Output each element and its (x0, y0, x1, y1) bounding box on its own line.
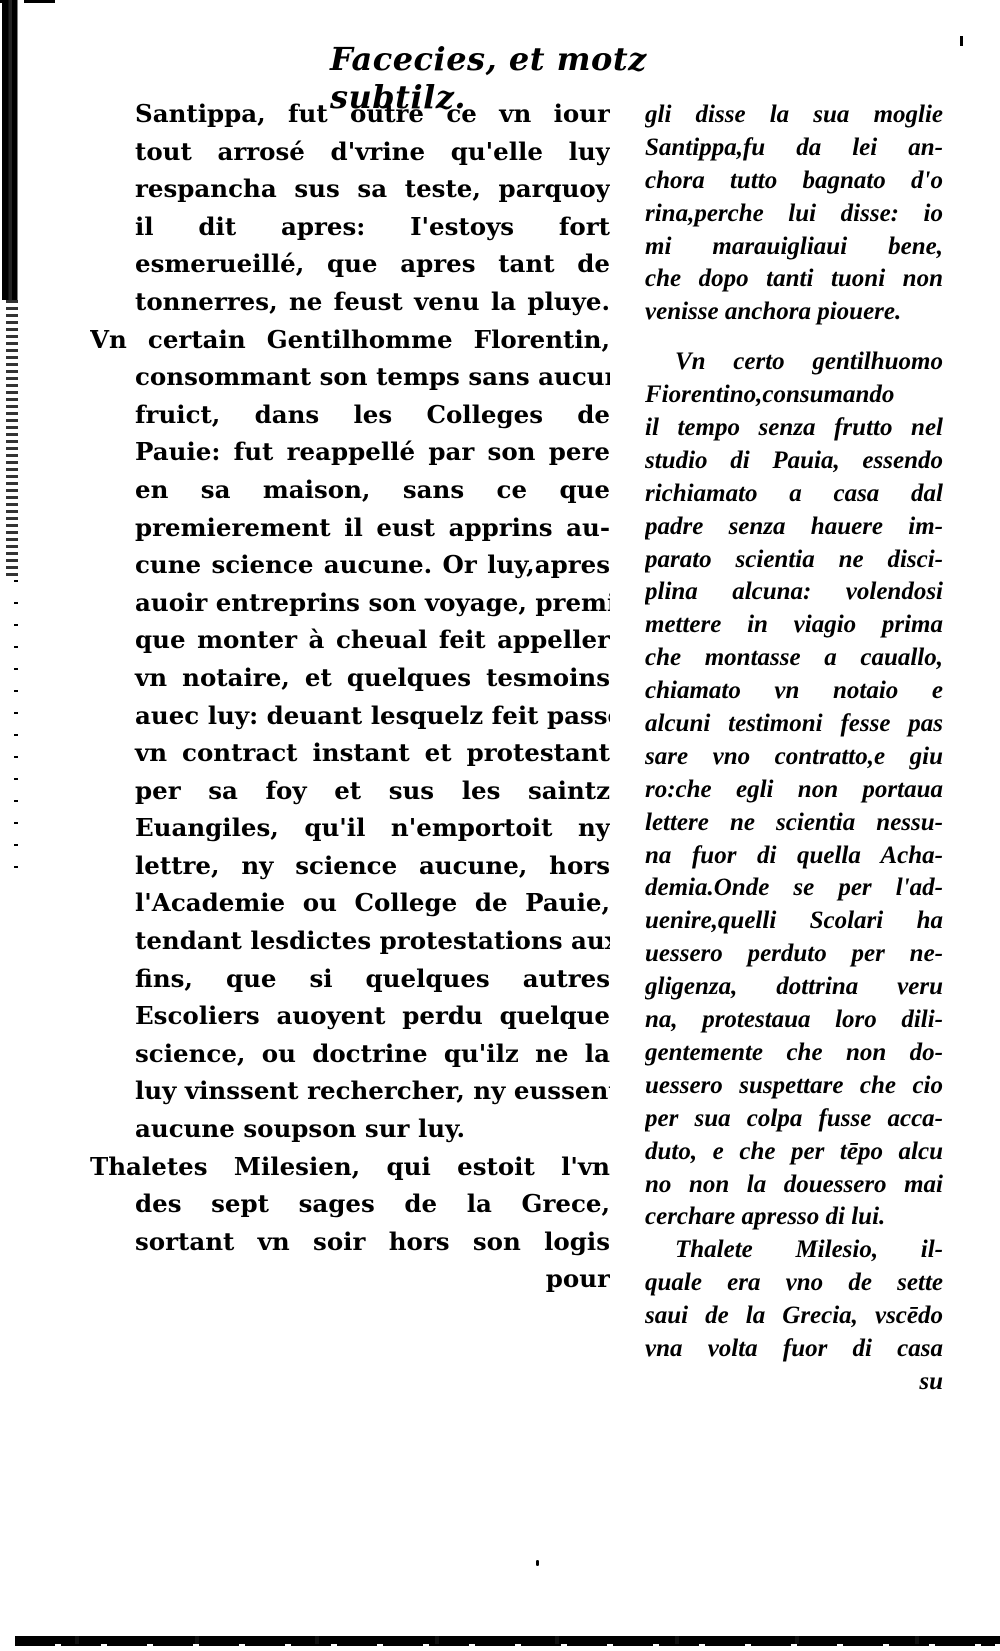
text-line: lettere ne scientia nessu- (645, 807, 943, 840)
italian-column: gli disse la sua moglie Santippa,fu da l… (645, 99, 943, 1399)
text-line: rina,perche lui disse: io (645, 198, 943, 231)
bottom-edge-rule-thin (15, 1644, 995, 1646)
catchword: pour (90, 1260, 610, 1298)
text-line: studio di Pauia, essendo (645, 445, 943, 478)
paragraph-start-line: Thaletes Milesien, qui estoit l'vn (90, 1148, 610, 1186)
text-line: per sua colpa fusse acca- (645, 1103, 943, 1136)
text-line: Santippa, fut outre ce vn iour (90, 95, 610, 133)
paragraph-end-line: cerchare apresso di lui. (645, 1201, 943, 1234)
text-line: chiamato vn notaio e (645, 675, 943, 708)
text-line: esmerueillé, que apres tant de (90, 245, 610, 283)
text-line: gentemente che non do- (645, 1037, 943, 1070)
text-line: tonnerres, ne feust venu la pluye. (90, 283, 610, 321)
text-line: chora tutto bagnato d'o (645, 165, 943, 198)
text-line: respancha sus sa teste, parquoy (90, 170, 610, 208)
text-line: demia.Onde se per l'ad- (645, 872, 943, 905)
text-line: Santippa,fu da lei an- (645, 132, 943, 165)
text-line: Pauie: fut reappellé par son pere (90, 433, 610, 471)
text-line: il tempo senza frutto nel (645, 412, 943, 445)
paragraph-start-line: Vn certain Gentilhomme Florentin, (90, 321, 610, 359)
catchword: su (645, 1366, 943, 1399)
text-line: no non la douessero mai (645, 1169, 943, 1202)
bottom-edge-rule (15, 1636, 1000, 1644)
text-line: premierement il eust apprins au- (90, 509, 610, 547)
text-line: l'Academie ou College de Pauie, (90, 884, 610, 922)
text-line: science, ou doctrine qu'ilz ne la (90, 1035, 610, 1073)
text-line: gli disse la sua moglie (645, 99, 943, 132)
text-line: lettre, ny science aucune, hors (90, 847, 610, 885)
text-line: alcuni testimoni fesse pas (645, 708, 943, 741)
paragraph-end-line: venisse anchora piouere. (645, 296, 943, 329)
text-line: il dit apres: I'estoys fort (90, 208, 610, 246)
ink-speck (536, 1560, 539, 1566)
text-line: auec luy: deuant lesquelz feit passer (90, 697, 610, 735)
text-line: richiamato a casa dal (645, 478, 943, 511)
paragraph-end-line: aucune soupson sur luy. (90, 1110, 610, 1148)
text-line: che montasse a cauallo, (645, 642, 943, 675)
text-line: fins, que si quelques autres (90, 960, 610, 998)
text-line: auoir entreprins son voyage, premier (90, 584, 610, 622)
text-line: Fiorentino,consumando (645, 379, 943, 412)
text-line: mi marauigliaui bene, (645, 231, 943, 264)
text-line: fruict, dans les Colleges de (90, 396, 610, 434)
text-line: per sa foy et sus les saintz (90, 772, 610, 810)
french-column: Santippa, fut outre ce vn iour tout arro… (90, 95, 610, 1298)
text-line: sortant vn soir hors son logis (90, 1223, 610, 1261)
text-line: na fuor di quella Acha- (645, 840, 943, 873)
text-line: plina alcuna: volendosi (645, 576, 943, 609)
text-line: en sa maison, sans ce que (90, 471, 610, 509)
text-line: mettere in viagio prima (645, 609, 943, 642)
text-line: padre senza hauere im- (645, 511, 943, 544)
corner-mark (960, 36, 963, 46)
text-line: na, protestaua loro dili- (645, 1004, 943, 1037)
text-line: saui de la Grecia, vscēdo (645, 1300, 943, 1333)
text-line: tendant lesdictes protestations aux (90, 922, 610, 960)
text-line: quale era vno de sette (645, 1267, 943, 1300)
scanned-book-page: Facecies, et motz subtilz. Santippa, fut… (0, 0, 1000, 1651)
text-line: vn notaire, et quelques tesmoins (90, 659, 610, 697)
paragraph-start-line: Thalete Milesio, il- (645, 1234, 943, 1267)
text-line: duto, e che per tēpo alcu (645, 1136, 943, 1169)
text-line: ro:che egli non portaua (645, 774, 943, 807)
text-line: Euangiles, qu'il n'emportoit ny (90, 809, 610, 847)
text-line: sare vno contratto,e giu (645, 741, 943, 774)
text-line: luy vinssent rechercher, ny eussent (90, 1072, 610, 1110)
text-line: vna volta fuor di casa (645, 1333, 943, 1366)
text-line: Escoliers auoyent perdu quelque (90, 997, 610, 1035)
text-line: cune science aucune. Or luy,apres (90, 546, 610, 584)
binding-edge-shadow-fade (6, 300, 18, 580)
text-line: che dopo tanti tuoni non (645, 263, 943, 296)
text-line: gligenza, dottrina veru (645, 971, 943, 1004)
text-line: vn contract instant et protestant (90, 734, 610, 772)
text-line: que monter à cheual feit appeller (90, 621, 610, 659)
text-line: consommant son temps sans aucun (90, 358, 610, 396)
paragraph-gap (645, 329, 943, 346)
paragraph-start-line: Vn certo gentilhuomo (645, 346, 943, 379)
text-line: uessero suspettare che cio (645, 1070, 943, 1103)
text-line: des sept sages de la Grece, (90, 1185, 610, 1223)
text-line: uessero perduto per ne- (645, 938, 943, 971)
text-line: uenire,quelli Scolari ha (645, 905, 943, 938)
text-line: tout arrosé d'vrine qu'elle luy (90, 133, 610, 171)
text-line: parato scientia ne disci- (645, 544, 943, 577)
binding-specks (14, 580, 18, 880)
binding-edge-shadow (2, 0, 24, 300)
